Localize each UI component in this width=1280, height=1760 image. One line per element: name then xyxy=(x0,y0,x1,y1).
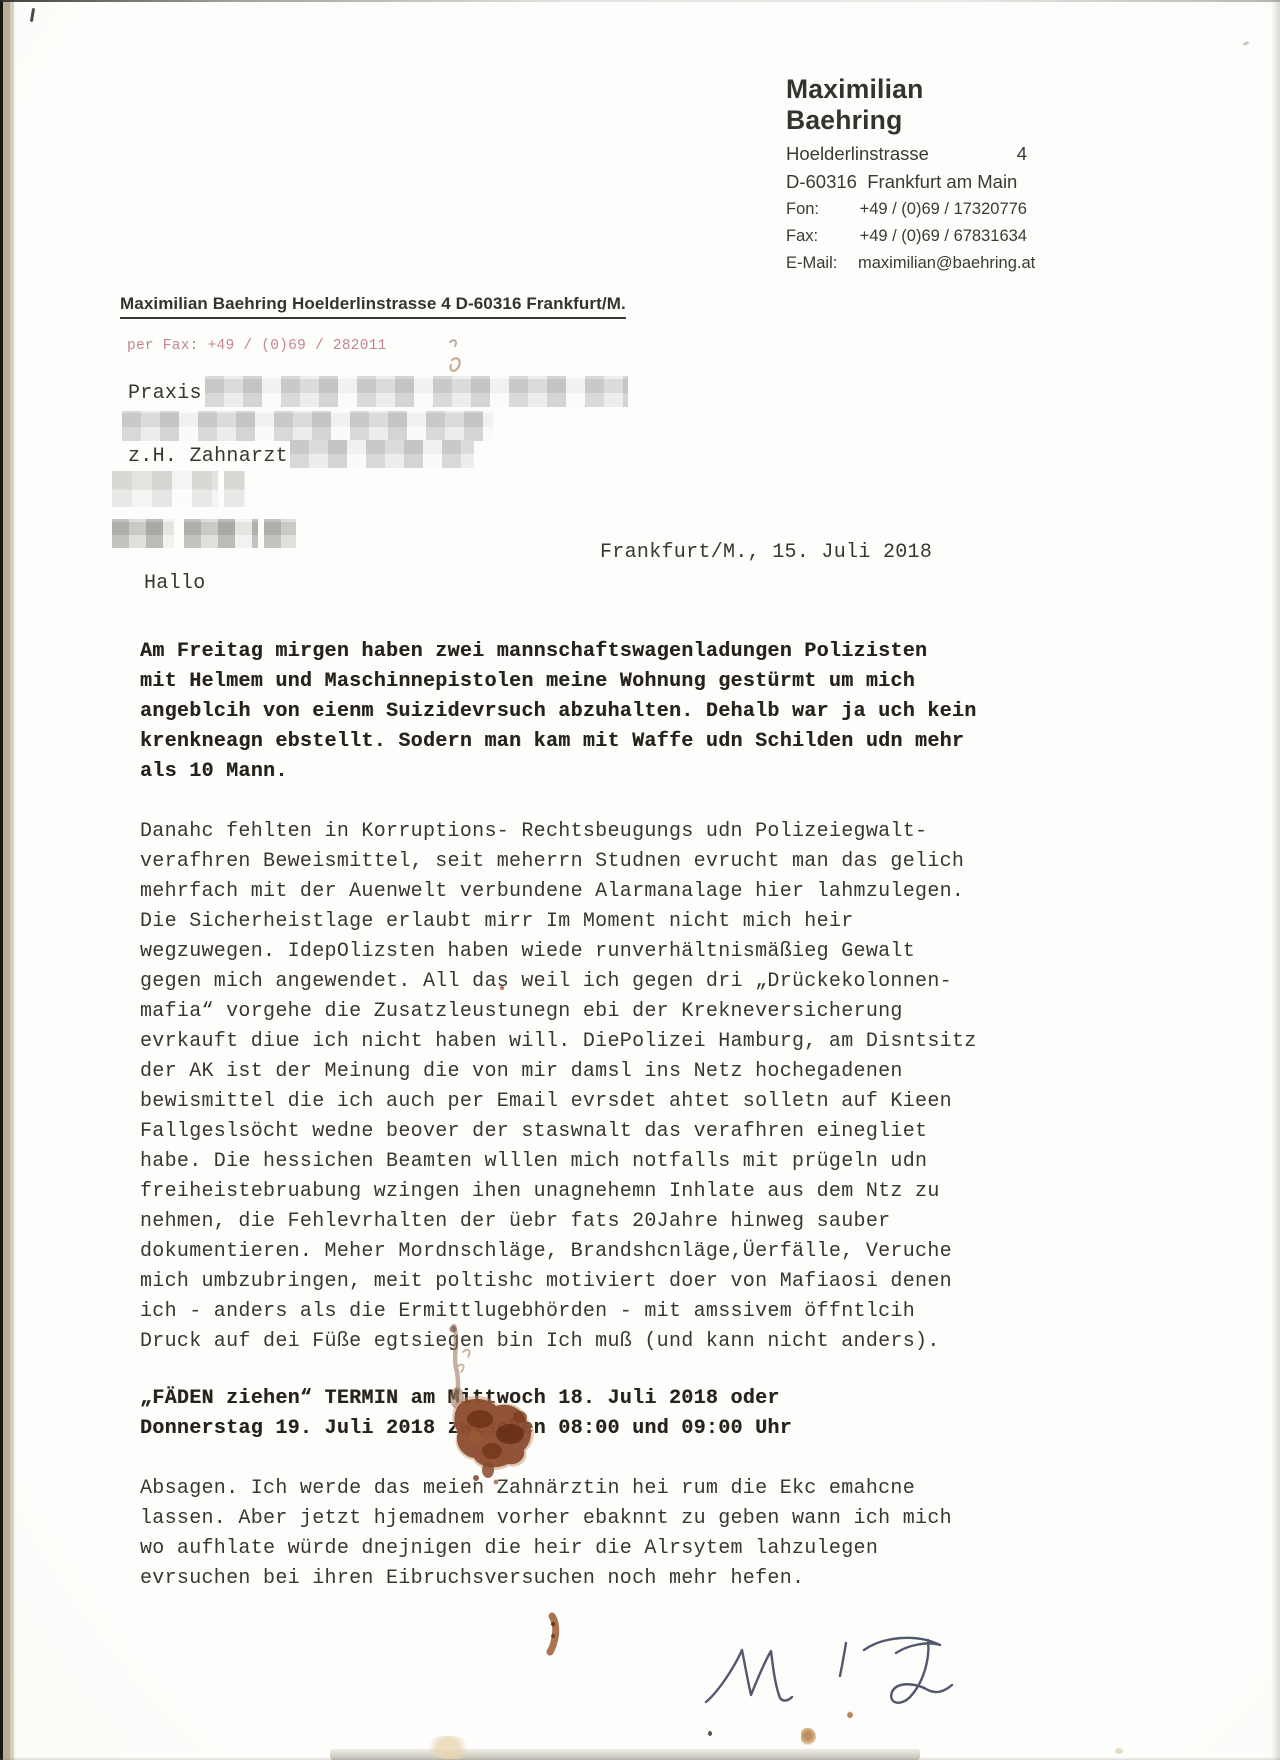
scan-edge-right xyxy=(1271,0,1280,1760)
scan-edge-left xyxy=(0,0,15,1760)
letterhead-street-row: Hoelderlinstrasse 4 xyxy=(786,143,1027,164)
redaction-block xyxy=(205,376,628,407)
scan-speck-top-right xyxy=(1243,41,1250,46)
per-fax-note: per Fax: +49 / (0)69 / 282011 xyxy=(127,338,387,354)
redaction-block xyxy=(264,519,296,548)
rust-streak-stain xyxy=(540,1612,566,1656)
redaction-block xyxy=(184,519,258,548)
email-label: E-Mail: xyxy=(786,254,858,273)
fax-label: Fax: xyxy=(786,227,858,246)
recipient-praxis-label: Praxis xyxy=(128,382,202,405)
letterhead-name: Maximilian Baehring xyxy=(786,74,1027,136)
letterhead-email-row: E-Mail: maximilian@baehring.at xyxy=(786,254,1027,273)
sender-return-address-line: Maximilian Baehring Hoelderlinstrasse 4 … xyxy=(120,294,626,319)
scan-bottom-band xyxy=(330,1749,920,1760)
paragraph-closing: Absagen. Ich werde das meien Zahnärztin … xyxy=(140,1474,952,1594)
recipient-attn-label: z.H. Zahnarzt xyxy=(128,445,288,468)
letterhead-city: D-60316 Frankfurt am Main xyxy=(786,171,1027,192)
rust-speck xyxy=(500,986,504,990)
date-line: Frankfurt/M., 15. Juli 2018 xyxy=(600,541,932,564)
letterhead: Maximilian Baehring Hoelderlinstrasse 4 … xyxy=(786,74,1027,273)
paragraph-police-raid: Am Freitag mirgen haben zwei mannschafts… xyxy=(140,637,977,787)
paragraph-main: Danahc fehlten in Korruptions- Rechtsbeu… xyxy=(140,817,977,1357)
email-value: maximilian@baehring.at xyxy=(858,254,1035,273)
scanned-letter-page: Maximilian Baehring Hoelderlinstrasse 4 … xyxy=(0,0,1280,1760)
redaction-block xyxy=(122,411,493,441)
fon-label: Fon: xyxy=(786,200,858,219)
redaction-block xyxy=(290,440,474,468)
fax-value: +49 / (0)69 / 67831634 xyxy=(858,227,1027,246)
fon-value: +49 / (0)69 / 17320776 xyxy=(858,200,1027,219)
scan-corner-mark xyxy=(30,8,35,22)
letterhead-fax-row: Fax: +49 / (0)69 / 67831634 xyxy=(786,227,1027,246)
scan-edge-top xyxy=(0,0,1280,2)
redaction-block xyxy=(112,519,174,548)
redaction-block xyxy=(224,471,245,507)
letterhead-street: Hoelderlinstrasse xyxy=(786,143,929,164)
letterhead-fon-row: Fon: +49 / (0)69 / 17320776 xyxy=(786,200,1027,219)
paragraph-appointment: „FÄDEN ziehen“ TERMIN am Mittwoch 18. Ju… xyxy=(140,1384,792,1444)
letterhead-street-number: 4 xyxy=(1017,143,1027,164)
rust-speck xyxy=(1115,1748,1123,1754)
redaction-block xyxy=(112,471,218,507)
scan-bottom-blob xyxy=(425,1736,471,1759)
salutation: Hallo xyxy=(144,572,206,595)
handwritten-signature xyxy=(690,1625,980,1735)
